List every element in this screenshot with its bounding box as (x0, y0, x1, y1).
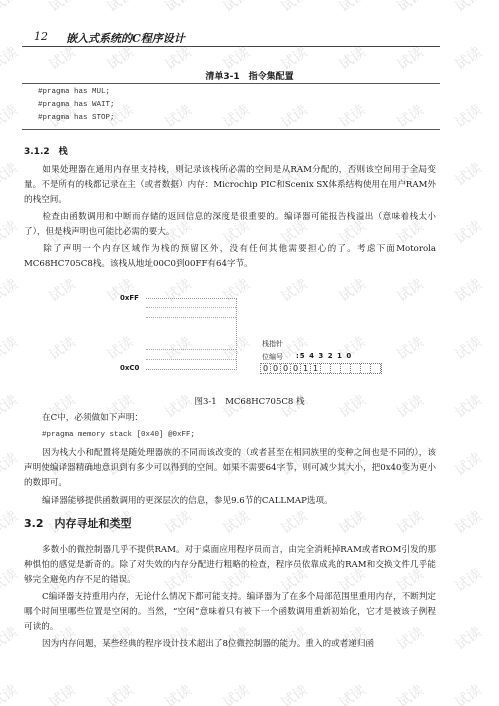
bit-cell (371, 364, 381, 373)
watermark-text: 试读 (0, 0, 21, 16)
bit-cell: 0 (291, 364, 301, 373)
watermark-text: 试读 (335, 680, 369, 706)
paragraph: 因为内存问题，某些经典的程序设计技术超出了8位微控制器的能力。重入的或者递归函 (24, 637, 436, 652)
paragraph: 多数小的微控制器几乎不提供RAM。对于桌面应用程序员而言，由完全消耗掉RAM或者… (24, 543, 436, 588)
watermark-text: 试读 (45, 332, 79, 364)
code-line: #pragma has MUL; (38, 88, 110, 96)
figure-caption: 图3-1 MC68HC705C8 栈 (0, 395, 499, 407)
paragraph: 在C中，必须做如下声明： (24, 411, 436, 426)
watermark-text: 试读 (0, 158, 21, 190)
watermark-text: 试读 (45, 0, 79, 16)
watermark-text: 试读 (335, 506, 369, 538)
watermark-text: 试读 (277, 506, 311, 538)
watermark-text: 试读 (0, 332, 21, 364)
paragraph: 因为栈大小和配置将是随处理器族的不同而该改变的（或者甚至在相同族里的变种之间也是… (24, 446, 436, 491)
code-line: #pragma memory stack [0x40] @0xFF; (42, 431, 195, 439)
watermark-text: 试读 (219, 100, 253, 132)
watermark-text: 试读 (219, 506, 253, 538)
watermark-text: 试读 (393, 0, 427, 16)
watermark-text: 试读 (277, 100, 311, 132)
watermark-text: 试读 (277, 0, 311, 16)
watermark-text: 试读 (393, 680, 427, 706)
bit-numbers: :5 4 3 2 1 0 (296, 352, 352, 360)
stack-pointer-label: 栈指针 (262, 339, 283, 349)
bit-cell (331, 364, 341, 373)
bit-cell (351, 364, 361, 373)
address-bottom-label: 0xC0 (120, 364, 139, 372)
bit-cell: 0 (271, 364, 281, 373)
watermark-text: 试读 (161, 100, 195, 132)
book-title: 嵌入式系统的C程序设计 (66, 30, 185, 46)
watermark-text: 试读 (0, 100, 21, 132)
section-heading-3-2: 3.2 内存寻址和类型 (24, 515, 132, 531)
watermark-text: 试读 (161, 506, 195, 538)
watermark-text: 试读 (451, 274, 485, 306)
watermark-text: 试读 (451, 332, 485, 364)
watermark-text: 试读 (451, 506, 485, 538)
bit-cell (361, 364, 371, 373)
watermark-text: 试读 (393, 506, 427, 538)
listing-top-rule (22, 83, 440, 84)
watermark-text: 试读 (0, 564, 21, 596)
bit-cell: 0 (261, 364, 271, 373)
watermark-text: 试读 (335, 100, 369, 132)
paragraph: 检查由函数调用和中断而存储的返回信息的深度是很重要的。编译器可能报告栈溢出（意味… (24, 210, 436, 240)
bit-cell (341, 364, 351, 373)
watermark-text: 试读 (161, 0, 195, 16)
address-top-label: 0xFF (120, 294, 139, 302)
code-line: #pragma has STOP; (38, 114, 115, 122)
watermark-text: 试读 (393, 274, 427, 306)
watermark-text: 试读 (0, 622, 21, 654)
watermark-text: 试读 (103, 0, 137, 16)
section-heading-3-1-2: 3.1.2 栈 (24, 144, 68, 157)
watermark-text: 试读 (451, 158, 485, 190)
code-line: #pragma has WAIT; (38, 101, 115, 109)
paragraph: 除了声明一个内存区域作为栈的预留区外，没有任何其他需要担心的了。考虑下面Moto… (24, 242, 436, 272)
watermark-text: 试读 (277, 680, 311, 706)
bit-number-label: 位编号 (262, 352, 283, 362)
watermark-text: 试读 (0, 274, 21, 306)
watermark-text: 试读 (103, 680, 137, 706)
stack-diagram: 0xFF 0xC0 栈指针 位编号 :5 4 3 2 1 0 0 0 0 0 1… (120, 292, 380, 376)
page-header: 12 嵌入式系统的C程序设计 (22, 30, 440, 47)
bit-cell: 1 (311, 364, 321, 373)
watermark-text: 试读 (451, 216, 485, 248)
watermark-text: 试读 (451, 448, 485, 480)
watermark-text: 试读 (335, 0, 369, 16)
watermark-text: 试读 (451, 0, 485, 16)
watermark-text: 试读 (393, 332, 427, 364)
memory-block (146, 298, 237, 370)
watermark-text: 试读 (0, 506, 21, 538)
bit-cell: 0 (281, 364, 291, 373)
stack-pointer-register: 0 0 0 0 1 1 (260, 363, 382, 374)
watermark-text: 试读 (451, 100, 485, 132)
watermark-text: 试读 (45, 680, 79, 706)
listing-title: 清单3-1 指令集配置 (0, 69, 499, 82)
bit-cell (321, 364, 331, 373)
paragraph: C编译器支持重用内存，无论什么情况下都可能支持。编译器为了在多个局部范围里重用内… (24, 590, 436, 635)
watermark-text: 试读 (393, 100, 427, 132)
bit-cell: 1 (301, 364, 311, 373)
watermark-text: 试读 (0, 216, 21, 248)
watermark-text: 试读 (219, 0, 253, 16)
watermark-text: 试读 (451, 622, 485, 654)
watermark-text: 试读 (45, 274, 79, 306)
listing-bottom-rule (22, 129, 440, 130)
watermark-text: 试读 (0, 448, 21, 480)
watermark-text: 试读 (219, 680, 253, 706)
watermark-text: 试读 (451, 680, 485, 706)
watermark-text: 试读 (0, 680, 21, 706)
paragraph: 如果处理器在通用内存里支持栈，则记录该栈所必需的空间是从RAM分配的，否则该空间… (24, 163, 436, 208)
paragraph: 编译器能够提供函数调用的更深层次的信息，参见9.6节的CALLMAP选项。 (24, 494, 436, 509)
watermark-text: 试读 (161, 680, 195, 706)
watermark-text: 试读 (451, 564, 485, 596)
page-number: 12 (34, 30, 48, 43)
